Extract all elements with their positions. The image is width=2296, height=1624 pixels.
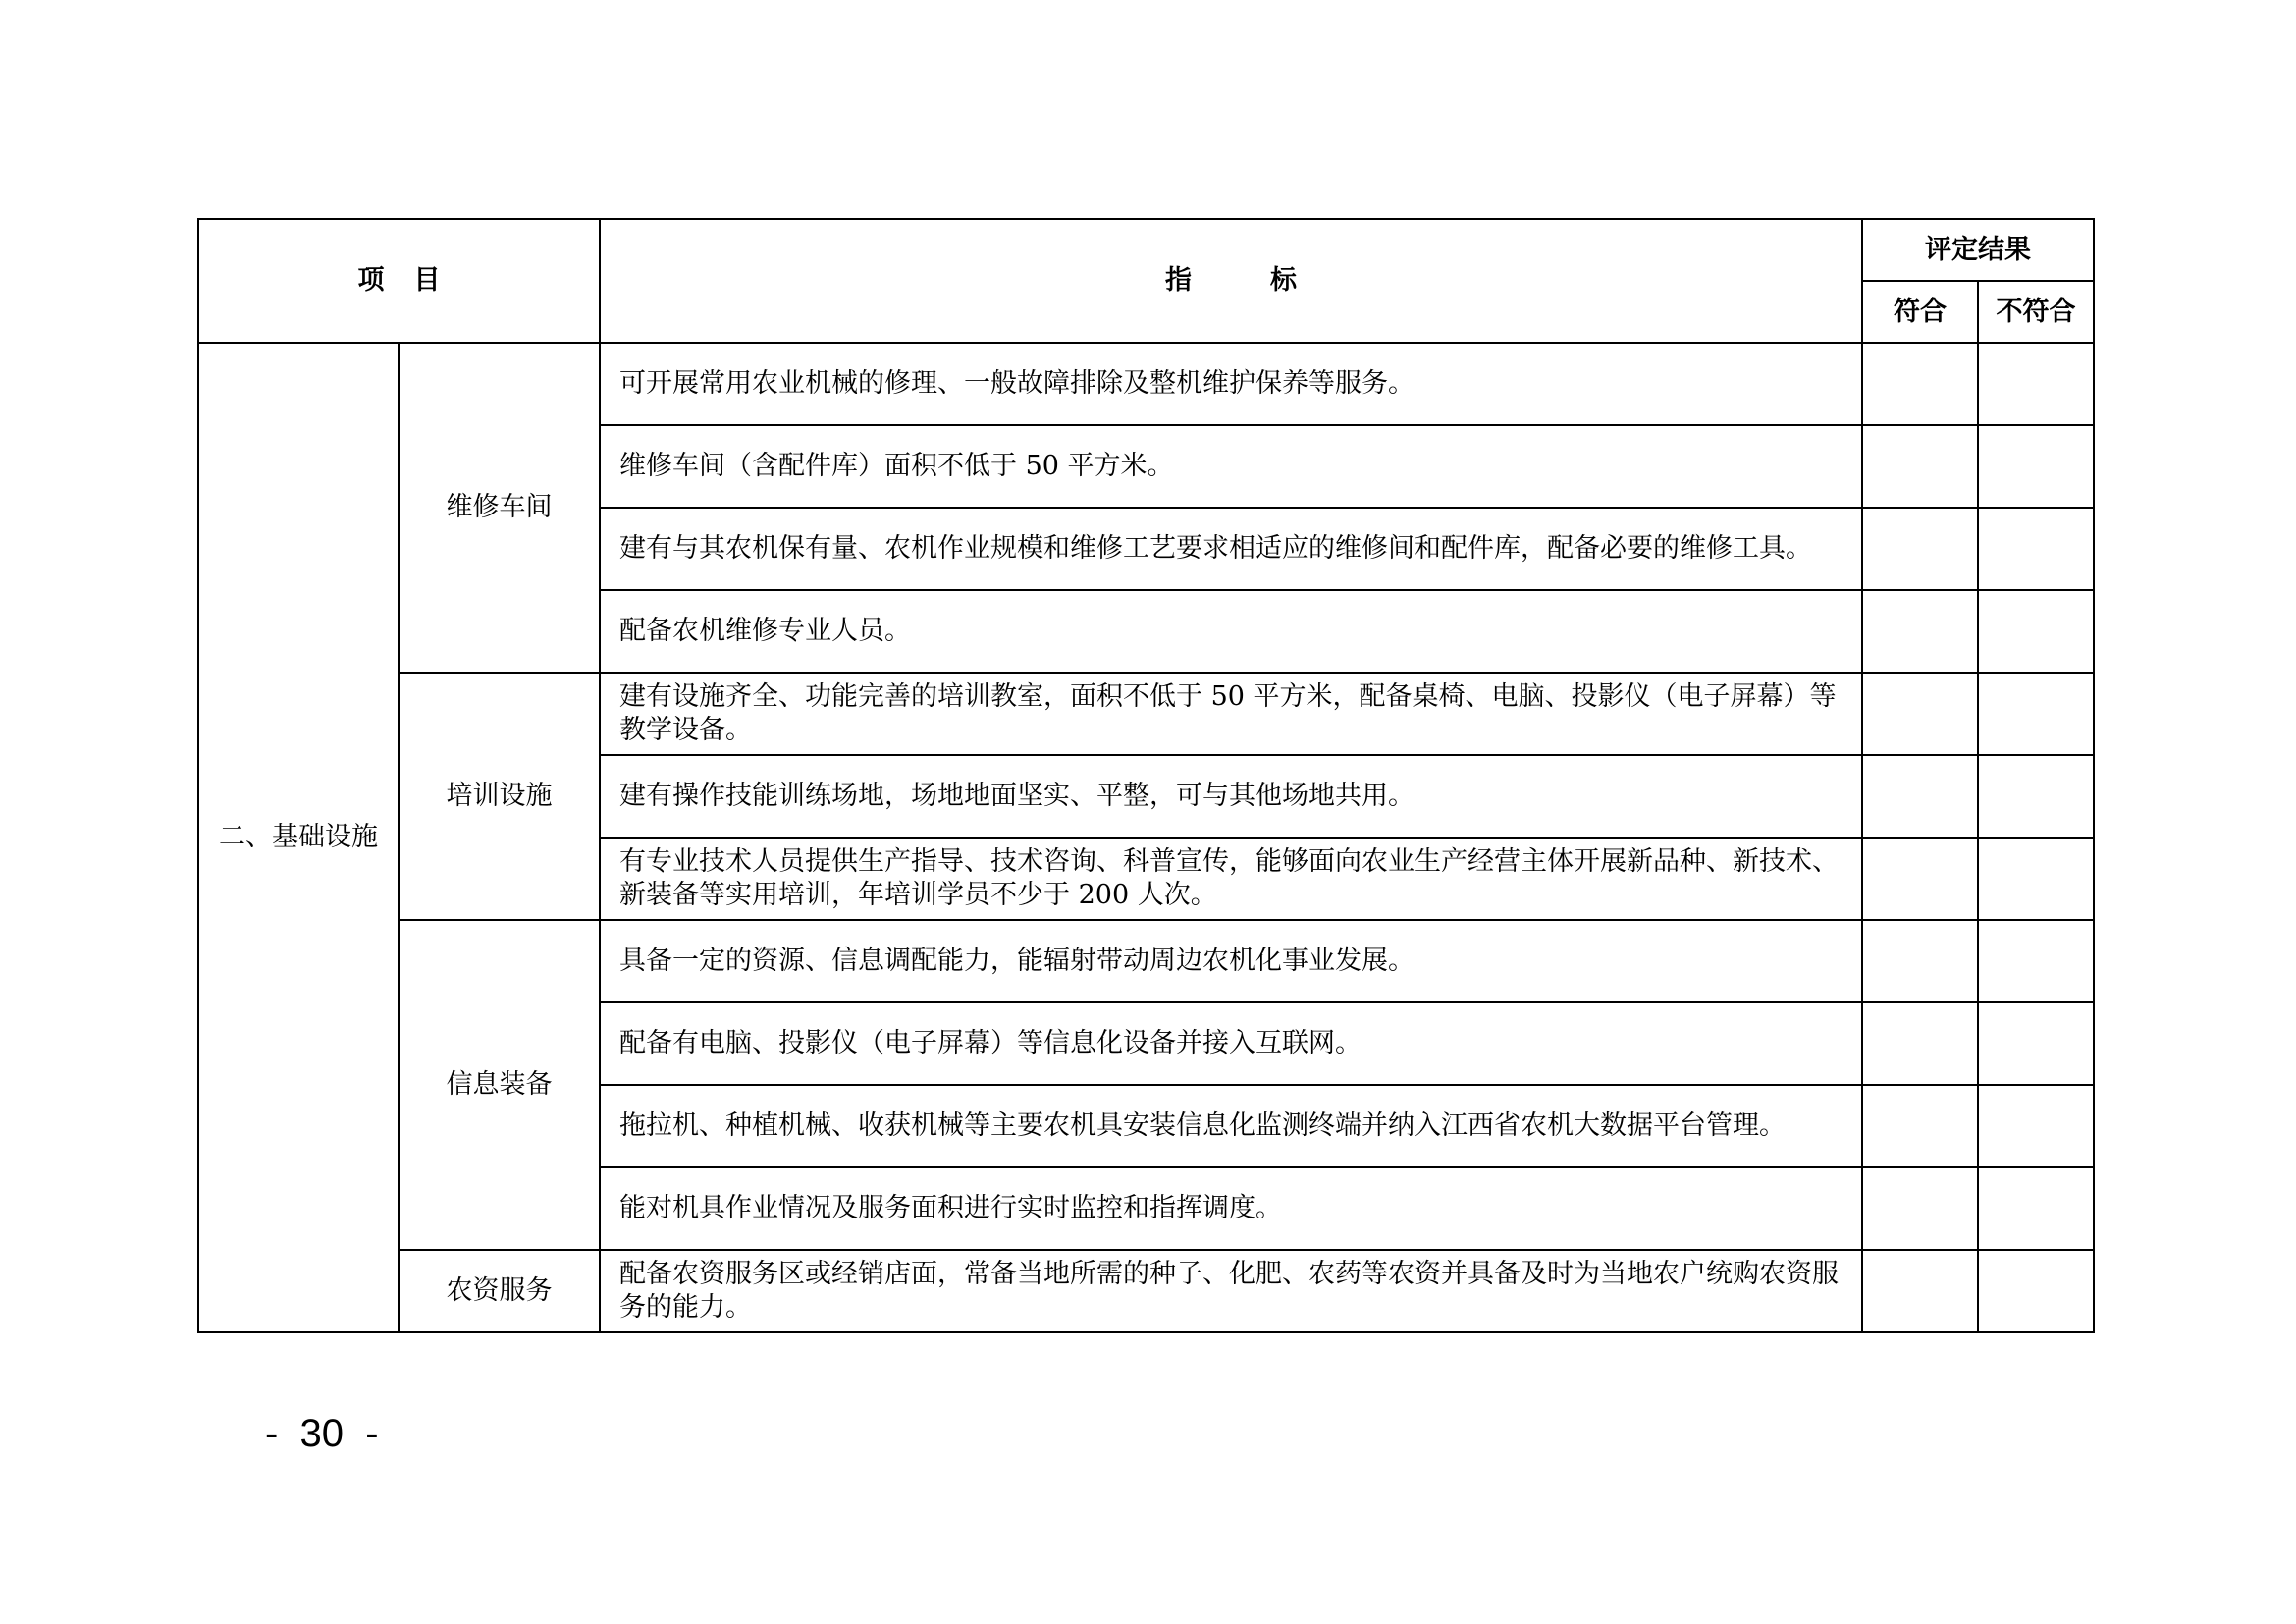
pass-cell[interactable]	[1862, 1167, 1978, 1250]
pass-cell[interactable]	[1862, 425, 1978, 508]
pass-cell[interactable]	[1862, 920, 1978, 1002]
fail-cell[interactable]	[1978, 755, 2094, 838]
fail-cell[interactable]	[1978, 838, 2094, 920]
header-fail: 不符合	[1978, 281, 2094, 343]
page-number: - 30 -	[265, 1412, 379, 1456]
fail-cell[interactable]	[1978, 425, 2094, 508]
indicator-text: 配备有电脑、投影仪（电子屏幕）等信息化设备并接入互联网。	[600, 1002, 1862, 1085]
header-indicator: 指标	[600, 219, 1862, 343]
indicator-text: 维修车间（含配件库）面积不低于 50 平方米。	[600, 425, 1862, 508]
fail-cell[interactable]	[1978, 1085, 2094, 1167]
pass-cell[interactable]	[1862, 343, 1978, 425]
header-pass: 符合	[1862, 281, 1978, 343]
fail-cell[interactable]	[1978, 590, 2094, 673]
group-name: 信息装备	[399, 920, 600, 1250]
indicator-text: 建有操作技能训练场地，场地地面坚实、平整，可与其他场地共用。	[600, 755, 1862, 838]
group-name: 农资服务	[399, 1250, 600, 1332]
pass-cell[interactable]	[1862, 838, 1978, 920]
fail-cell[interactable]	[1978, 343, 2094, 425]
fail-cell[interactable]	[1978, 1002, 2094, 1085]
fail-cell[interactable]	[1978, 1250, 2094, 1332]
fail-cell[interactable]	[1978, 673, 2094, 755]
pass-cell[interactable]	[1862, 1085, 1978, 1167]
section-label: 二、基础设施	[198, 343, 399, 1332]
pass-cell[interactable]	[1862, 755, 1978, 838]
indicator-text: 有专业技术人员提供生产指导、技术咨询、科普宣传，能够面向农业生产经营主体开展新品…	[600, 838, 1862, 920]
indicator-text: 具备一定的资源、信息调配能力，能辐射带动周边农机化事业发展。	[600, 920, 1862, 1002]
pass-cell[interactable]	[1862, 590, 1978, 673]
fail-cell[interactable]	[1978, 1167, 2094, 1250]
evaluation-table: 项目 指标 评定结果 符合 不符合 二、基础设施 维修车间 可开展常用农业机械的…	[197, 218, 2095, 1333]
indicator-text: 建有设施齐全、功能完善的培训教室，面积不低于 50 平方米，配备桌椅、电脑、投影…	[600, 673, 1862, 755]
fail-cell[interactable]	[1978, 920, 2094, 1002]
indicator-text: 配备农机维修专业人员。	[600, 590, 1862, 673]
indicator-text: 拖拉机、种植机械、收获机械等主要农机具安装信息化监测终端并纳入江西省农机大数据平…	[600, 1085, 1862, 1167]
group-name: 维修车间	[399, 343, 600, 673]
indicator-text: 配备农资服务区或经销店面，常备当地所需的种子、化肥、农药等农资并具备及时为当地农…	[600, 1250, 1862, 1332]
indicator-text: 建有与其农机保有量、农机作业规模和维修工艺要求相适应的维修间和配件库，配备必要的…	[600, 508, 1862, 590]
pass-cell[interactable]	[1862, 1002, 1978, 1085]
indicator-text: 可开展常用农业机械的修理、一般故障排除及整机维护保养等服务。	[600, 343, 1862, 425]
header-result: 评定结果	[1862, 219, 2094, 281]
indicator-text: 能对机具作业情况及服务面积进行实时监控和指挥调度。	[600, 1167, 1862, 1250]
pass-cell[interactable]	[1862, 673, 1978, 755]
pass-cell[interactable]	[1862, 508, 1978, 590]
group-name: 培训设施	[399, 673, 600, 920]
fail-cell[interactable]	[1978, 508, 2094, 590]
pass-cell[interactable]	[1862, 1250, 1978, 1332]
header-project: 项目	[198, 219, 600, 343]
